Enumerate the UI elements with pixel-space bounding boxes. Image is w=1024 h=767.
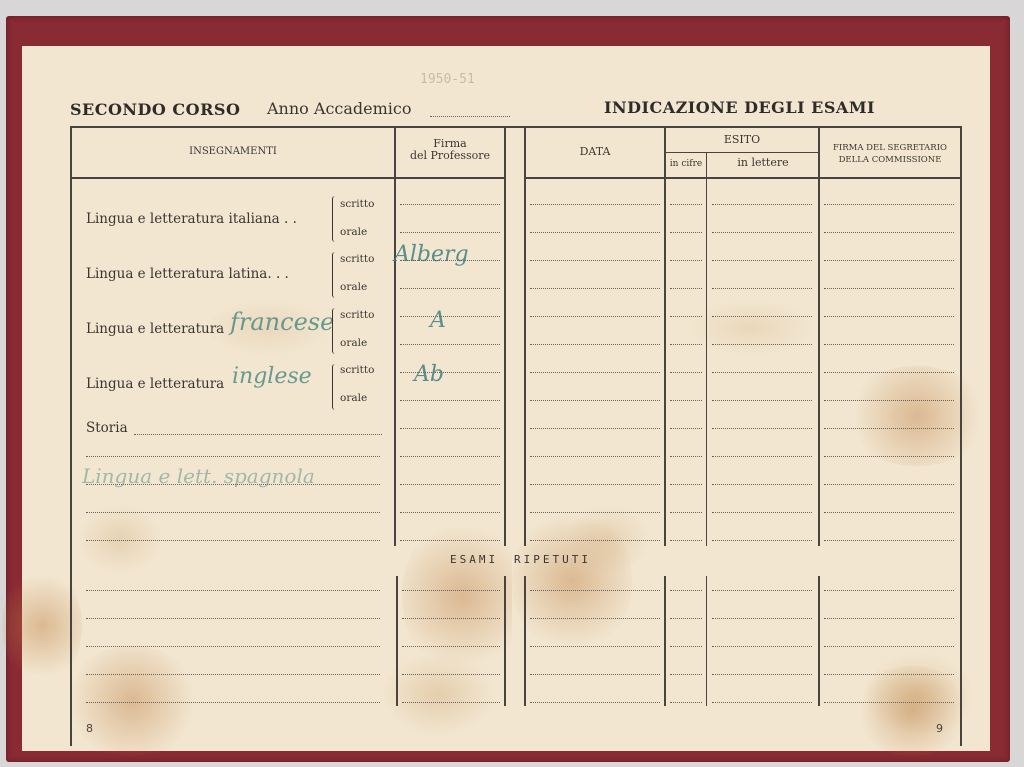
header-firma-segretario-line2: DELLA COMMISSIONE — [820, 154, 960, 166]
entry-line[interactable] — [530, 232, 660, 233]
label-orale: orale — [340, 281, 367, 293]
entry-line[interactable] — [712, 288, 812, 289]
entry-line[interactable] — [530, 260, 660, 261]
label-scritto: scritto — [340, 364, 374, 376]
entry-line[interactable] — [824, 316, 954, 317]
entry-line[interactable] — [670, 372, 702, 373]
entry-line[interactable] — [670, 674, 702, 675]
entry-line[interactable] — [670, 702, 702, 703]
entry-line[interactable] — [712, 232, 812, 233]
entry-line[interactable] — [530, 618, 660, 619]
entry-line[interactable] — [824, 428, 954, 429]
course-title: SECONDO CORSO — [70, 100, 240, 119]
label-scritto: scritto — [340, 253, 374, 265]
entry-line[interactable] — [712, 590, 812, 591]
label-orale: orale — [340, 226, 367, 238]
subject-latino: Lingua e letteratura latina. . . — [86, 266, 289, 282]
label-scritto: scritto — [340, 309, 374, 321]
subject-francese: Lingua e letteratura — [86, 321, 224, 337]
header-esito: ESITO — [666, 134, 818, 146]
entry-line[interactable] — [824, 204, 954, 205]
label-orale: orale — [340, 392, 367, 404]
entry-line[interactable] — [712, 400, 812, 401]
entry-line[interactable] — [712, 204, 812, 205]
label-scritto: scritto — [340, 198, 374, 210]
entry-line[interactable] — [670, 590, 702, 591]
entry-line[interactable] — [712, 646, 812, 647]
entry-line[interactable] — [824, 232, 954, 233]
entry-line[interactable] — [670, 344, 702, 345]
entry-line[interactable] — [670, 456, 702, 457]
entry-line[interactable] — [712, 428, 812, 429]
entry-line[interactable] — [824, 646, 954, 647]
entry-line[interactable] — [712, 512, 812, 513]
entry-line[interactable] — [530, 646, 660, 647]
entry-line[interactable] — [670, 512, 702, 513]
entry-line[interactable] — [670, 204, 702, 205]
entry-line[interactable] — [824, 674, 954, 675]
entry-line[interactable] — [670, 646, 702, 647]
right-page: INDICAZIONE DEGLI ESAMI DATA ESITO in ci… — [512, 46, 990, 751]
entry-line[interactable] — [530, 512, 660, 513]
entry-line[interactable] — [712, 260, 812, 261]
header-data: DATA — [526, 146, 664, 158]
entry-line[interactable] — [530, 428, 660, 429]
entry-line[interactable] — [670, 400, 702, 401]
water-stain — [852, 666, 972, 756]
professor-signature: Alberg — [394, 242, 469, 267]
entry-line[interactable] — [530, 674, 660, 675]
entry-line[interactable] — [670, 540, 702, 541]
entry-line[interactable] — [712, 702, 812, 703]
header-in-lettere: in lettere — [708, 157, 818, 169]
page-title: INDICAZIONE DEGLI ESAMI — [604, 98, 875, 117]
entry-line[interactable] — [670, 484, 702, 485]
entry-line[interactable] — [824, 590, 954, 591]
header-firma-line2: del Professore — [396, 150, 504, 162]
entry-line[interactable] — [824, 512, 954, 513]
entry-line[interactable] — [670, 618, 702, 619]
entry-line[interactable] — [712, 618, 812, 619]
entry-line[interactable] — [712, 456, 812, 457]
entry-line[interactable] — [712, 372, 812, 373]
section-ripetuti: RIPETUTI — [514, 553, 591, 566]
entry-line[interactable] — [824, 540, 954, 541]
entry-line[interactable] — [824, 372, 954, 373]
header-firma-segretario-line1: FIRMA DEL SEGRETARIO — [820, 142, 960, 154]
handwritten-inglese: inglese — [232, 364, 312, 389]
water-stain — [62, 646, 202, 756]
academic-year-faded: 1950-51 — [420, 72, 475, 87]
entry-line[interactable] — [824, 618, 954, 619]
entry-line[interactable] — [712, 674, 812, 675]
entry-line[interactable] — [670, 288, 702, 289]
left-page: 1950-51 SECONDO CORSO Anno Accademico IN… — [22, 46, 513, 751]
entry-line[interactable] — [530, 288, 660, 289]
label-orale: orale — [340, 337, 367, 349]
header-insegnamenti: INSEGNAMENTI — [72, 146, 394, 158]
entry-line[interactable] — [824, 288, 954, 289]
entry-line[interactable] — [670, 260, 702, 261]
entry-line[interactable] — [670, 316, 702, 317]
entry-line[interactable] — [712, 484, 812, 485]
page-number-left: 8 — [86, 722, 93, 735]
handwritten-francese: francese — [230, 308, 334, 336]
entry-line[interactable] — [530, 484, 660, 485]
entry-line[interactable] — [530, 702, 660, 703]
entry-line[interactable] — [530, 456, 660, 457]
entry-line[interactable] — [824, 702, 954, 703]
page-number-right: 9 — [936, 722, 943, 735]
entry-line[interactable] — [824, 484, 954, 485]
entry-line[interactable] — [824, 344, 954, 345]
entry-line[interactable] — [670, 232, 702, 233]
subject-storia: Storia — [86, 420, 128, 436]
entry-line[interactable] — [712, 344, 812, 345]
entry-line[interactable] — [712, 316, 812, 317]
entry-line[interactable] — [824, 260, 954, 261]
entry-line[interactable] — [824, 400, 954, 401]
entry-line[interactable] — [670, 428, 702, 429]
entry-line[interactable] — [712, 540, 812, 541]
entry-line[interactable] — [530, 316, 660, 317]
entry-line[interactable] — [530, 372, 660, 373]
water-stain — [512, 506, 632, 656]
entry-line[interactable] — [824, 456, 954, 457]
entry-line[interactable] — [530, 400, 660, 401]
entry-line[interactable] — [530, 540, 660, 541]
header-firma: Firma del Professore — [396, 138, 504, 162]
header-in-cifre: in cifre — [666, 158, 706, 170]
section-esami: ESAMI — [450, 553, 498, 566]
entry-line[interactable] — [530, 590, 660, 591]
water-stain — [842, 366, 992, 466]
subject-italiano: Lingua e letteratura italiana . . — [86, 211, 297, 227]
header-firma-segretario: FIRMA DEL SEGRETARIO DELLA COMMISSIONE — [820, 142, 960, 166]
professor-signature: Ab — [414, 362, 444, 387]
entry-line[interactable] — [530, 344, 660, 345]
academic-year-field[interactable] — [430, 116, 510, 117]
professor-signature: A — [430, 308, 446, 333]
entry-line[interactable] — [530, 204, 660, 205]
academic-year-label: Anno Accademico — [267, 99, 412, 118]
subject-inglese: Lingua e letteratura — [86, 376, 224, 392]
